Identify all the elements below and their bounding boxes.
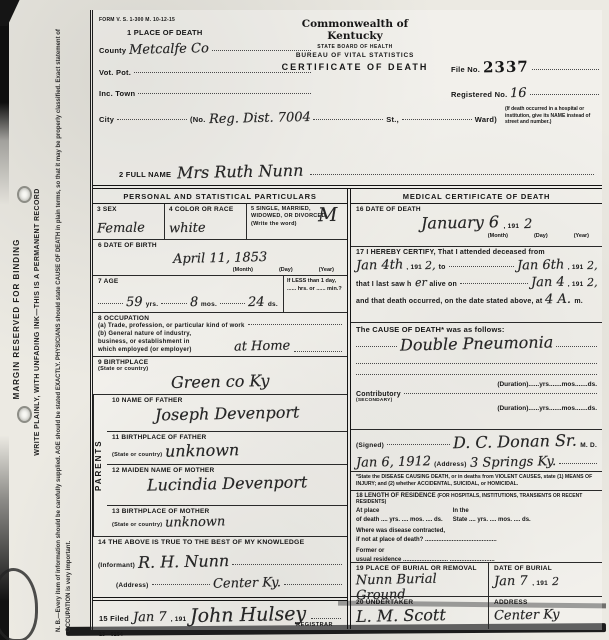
form-number: FORM V. S. 1-300 M. 10-12-15 xyxy=(99,17,175,23)
last-saw-date-value: Jan 4 xyxy=(531,275,565,291)
date-of-death-year-value: 2 xyxy=(524,217,533,232)
informant-address-label: (Address) xyxy=(116,582,149,589)
blank-dotted-line xyxy=(356,353,597,364)
dotted-line xyxy=(313,119,383,120)
dotted-line xyxy=(134,72,311,73)
age-days-value: 24 xyxy=(248,295,265,310)
birthplace-value: Green co Ky xyxy=(171,371,270,392)
certify-statement: 17 I HEREBY CERTIFY, That I attended dec… xyxy=(356,249,597,256)
age-months-label: mos. xyxy=(201,301,217,308)
registered-no-label: Registered No. xyxy=(451,90,507,99)
last-saw-year-label: , 191 xyxy=(568,281,584,288)
attended-from-value: Jan 4th xyxy=(356,258,404,274)
registrar-signature: John Hulsey xyxy=(190,603,307,627)
last-saw-label: that I last saw h xyxy=(356,281,412,288)
death-occurred-label: and that death occurred, on the date sta… xyxy=(356,298,542,305)
informant-value: R. H. Nunn xyxy=(138,551,230,572)
dotted-line xyxy=(559,463,597,464)
dob-label: 6 DATE OF BIRTH xyxy=(98,242,342,249)
age-years-label: yrs. xyxy=(146,301,159,308)
month-caption: (Month) xyxy=(488,233,508,239)
cause-footnote: *State the DISEASE CAUSING DEATH, or in … xyxy=(351,472,602,491)
burial-year-label: , 191 xyxy=(532,580,548,587)
blank-dotted-line xyxy=(356,364,597,375)
mother-birthplace-label: 13 BIRTHPLACE OF MOTHER xyxy=(112,508,342,515)
residence-in-state: In the State .... yrs. .... mos. .... ds… xyxy=(453,507,531,525)
personal-section-title: PERSONAL AND STATISTICAL PARTICULARS xyxy=(93,189,347,204)
undertaker-value: L. M. Scott xyxy=(356,605,446,626)
occupation-value: at Home xyxy=(234,339,291,355)
father-name-value: Joseph Devenport xyxy=(155,403,300,425)
signed-address-label: (Address) xyxy=(434,461,467,468)
margin-write-plainly-text: WRITE PLAINLY, WITH UNFADING INK—THIS IS… xyxy=(34,16,41,628)
dotted-line xyxy=(152,584,210,585)
dotted-line xyxy=(404,393,597,394)
cause-of-death-value: Double Pneumonia xyxy=(400,332,554,354)
burial-date-value: Jan 7 xyxy=(494,573,528,589)
occupation-b-label: (b) General nature of industry, business… xyxy=(98,330,230,354)
from-year-label: , 191 xyxy=(406,264,422,271)
race-label: 4 COLOR OR RACE xyxy=(169,206,242,213)
city-label: City xyxy=(99,115,114,124)
contributory-duration-label: (Duration)......yrs.......mos.......ds. xyxy=(356,403,597,412)
medical-section-title: MEDICAL CERTIFICATE OF DEATH xyxy=(351,189,602,204)
margin-nb-note: N. B.—Every item of information should b… xyxy=(54,14,74,632)
cause-duration-label: (Duration)......yrs.......mos.......ds. xyxy=(356,375,597,388)
place-of-death-label: 1 PLACE OF DEATH xyxy=(127,28,203,37)
inc-town-label: Inc. Town xyxy=(99,89,135,98)
burial-date-label: DATE OF BURIAL xyxy=(494,565,597,572)
alive-on-label: alive on xyxy=(429,281,457,288)
dotted-line xyxy=(117,119,187,120)
dotted-line xyxy=(532,69,599,70)
physician-address-value: 3 Springs Ky. xyxy=(470,454,556,471)
file-no-value: 2337 xyxy=(483,58,529,77)
dotted-line xyxy=(161,303,186,304)
dotted-line xyxy=(248,324,342,325)
age-years-value: 59 xyxy=(126,295,143,310)
occupation-a-label: (a) Trade, profession, or particular kin… xyxy=(98,323,245,329)
dotted-line xyxy=(138,93,311,94)
day-caption: (Day) xyxy=(534,233,548,239)
last-saw-year-value: 2, xyxy=(586,276,597,289)
registrar-label: REGISTRAR xyxy=(296,622,333,628)
dotted-line xyxy=(402,119,472,120)
bureau-subtitle: BUREAU OF VITAL STATISTICS xyxy=(275,52,435,59)
form-header: FORM V. S. 1-300 M. 10-12-15 1 PLACE OF … xyxy=(93,10,602,160)
dotted-line xyxy=(449,266,515,267)
to-year-value: 2, xyxy=(586,259,597,272)
mother-maiden-name-value: Lucindia Devenport xyxy=(147,473,308,495)
sex-value: Female xyxy=(97,220,145,236)
dotted-line xyxy=(220,303,245,304)
dotted-line xyxy=(387,444,450,445)
certificate-form: FORM V. S. 1-300 M. 10-12-15 1 PLACE OF … xyxy=(90,10,602,630)
commonwealth-title: Commonwealth of Kentucky xyxy=(275,18,435,42)
md-label: M. D. xyxy=(580,442,597,449)
year-caption: (Year) xyxy=(574,233,589,239)
age-days-label: ds. xyxy=(268,301,278,308)
file-no-label: File No. xyxy=(451,65,480,74)
full-name-value: Mrs Ruth Nunn xyxy=(177,161,304,183)
ward-label: Ward) xyxy=(475,115,497,124)
residence-at-place: At place of death .... yrs. .... mos. ..… xyxy=(356,507,443,525)
birthplace-label: 9 BIRTHPLACE xyxy=(98,359,342,366)
burial-place-value: Nunn Burial Ground xyxy=(356,570,484,603)
father-birthplace-sublabel: (State or country) xyxy=(112,452,162,458)
last-saw-pronoun: er xyxy=(414,276,426,289)
age-label: 7 AGE xyxy=(98,278,278,285)
state-board-subtitle: STATE BOARD OF HEALTH xyxy=(275,44,435,50)
date-of-death-value: January 6 xyxy=(421,212,499,233)
attest-label: 14 THE ABOVE IS TRUE TO THE BEST OF MY K… xyxy=(98,539,342,546)
dob-value: April 11, 1853 xyxy=(173,250,268,267)
signed-date-value: Jan 6, 1912 xyxy=(356,454,431,471)
dotted-line xyxy=(98,303,123,304)
punch-hole-top xyxy=(17,186,32,203)
marital-value: M xyxy=(317,204,337,226)
institution-note: (If death occurred in a hospital or inst… xyxy=(505,106,601,126)
attended-to-value: Jan 6th xyxy=(517,258,565,274)
undertaker-address-value: Center Ky xyxy=(494,607,560,623)
header-titles: Commonwealth of Kentucky STATE BOARD OF … xyxy=(275,18,435,72)
certificate-title: CERTIFICATE OF DEATH xyxy=(275,62,435,72)
margin-reserved-text: MARGIN RESERVED FOR BINDING xyxy=(12,16,21,622)
punch-hole-bottom xyxy=(17,406,32,423)
contributory-label: Contributory xyxy=(356,391,401,398)
filed-year-label: , 191 xyxy=(171,616,187,623)
dotted-line xyxy=(284,584,342,585)
dotted-line xyxy=(530,94,599,95)
county-value: Metcalfe Co xyxy=(129,41,209,58)
cause-of-death-label: The CAUSE OF DEATH* was as follows: xyxy=(356,325,597,334)
race-value: white xyxy=(169,221,206,237)
parents-vertical-label: PARENTS xyxy=(93,395,107,536)
dotted-line xyxy=(310,174,594,175)
disease-contracted-label: Where was disease contracted, if not at … xyxy=(356,527,597,545)
personal-section: PERSONAL AND STATISTICAL PARTICULARS 3 S… xyxy=(93,189,347,629)
city-no-label: (No. xyxy=(190,115,206,124)
burial-year-value: 2 xyxy=(552,574,559,587)
time-meridiem-label: m. xyxy=(574,298,583,305)
scan-artifact-left-edge xyxy=(0,0,9,640)
age-months-value: 8 xyxy=(189,295,198,310)
full-name-label: 2 FULL NAME xyxy=(119,170,171,179)
year-caption: (Year) xyxy=(319,267,334,273)
day-caption: (Day) xyxy=(279,267,293,273)
signed-label: (Signed) xyxy=(356,442,384,449)
to-year-label: , 191 xyxy=(568,264,584,271)
age-less-than-day-note: If LESS than 1 day, ...... hrs. or .....… xyxy=(283,276,347,312)
dotted-line xyxy=(294,351,342,352)
father-birthplace-value: unknown xyxy=(165,441,240,462)
mother-birthplace-sublabel: (State or country) xyxy=(112,522,162,528)
filed-label: 15 Filed xyxy=(99,614,129,623)
dotted-line xyxy=(556,346,597,347)
dotted-line xyxy=(356,346,397,347)
death-certificate-page: MARGIN RESERVED FOR BINDING WRITE PLAINL… xyxy=(0,0,609,640)
death-time-value: 4 A. xyxy=(545,292,571,308)
month-caption: (Month) xyxy=(233,267,253,273)
undertaker-address-label: ADDRESS xyxy=(494,599,597,606)
registration-district-value: Reg. Dist. 7004 xyxy=(208,110,310,127)
date-of-death-year-label: , 191 xyxy=(504,223,520,230)
informant-label: (Informant) xyxy=(98,562,135,569)
to-label: to xyxy=(439,264,446,271)
sex-label: 3 SEX xyxy=(97,206,160,213)
dotted-line xyxy=(232,564,342,565)
voting-precinct-label: Vot. Pot. xyxy=(99,68,131,77)
mother-birthplace-value: unknown xyxy=(165,515,226,531)
registered-no-value: 16 xyxy=(510,86,527,101)
dotted-line xyxy=(460,283,528,284)
informant-address-value: Center Ky. xyxy=(213,576,281,592)
physician-signature: D. C. Donan Sr. xyxy=(453,431,577,453)
from-year-value: 2, xyxy=(425,259,436,272)
occupation-label: 8 OCCUPATION xyxy=(98,315,342,322)
dotted-line xyxy=(311,618,341,619)
street-label: St., xyxy=(386,115,399,124)
filed-date-value: Jan 7 xyxy=(133,610,167,626)
medical-section: MEDICAL CERTIFICATE OF DEATH 16 DATE OF … xyxy=(347,189,602,629)
county-label: County xyxy=(99,46,126,55)
